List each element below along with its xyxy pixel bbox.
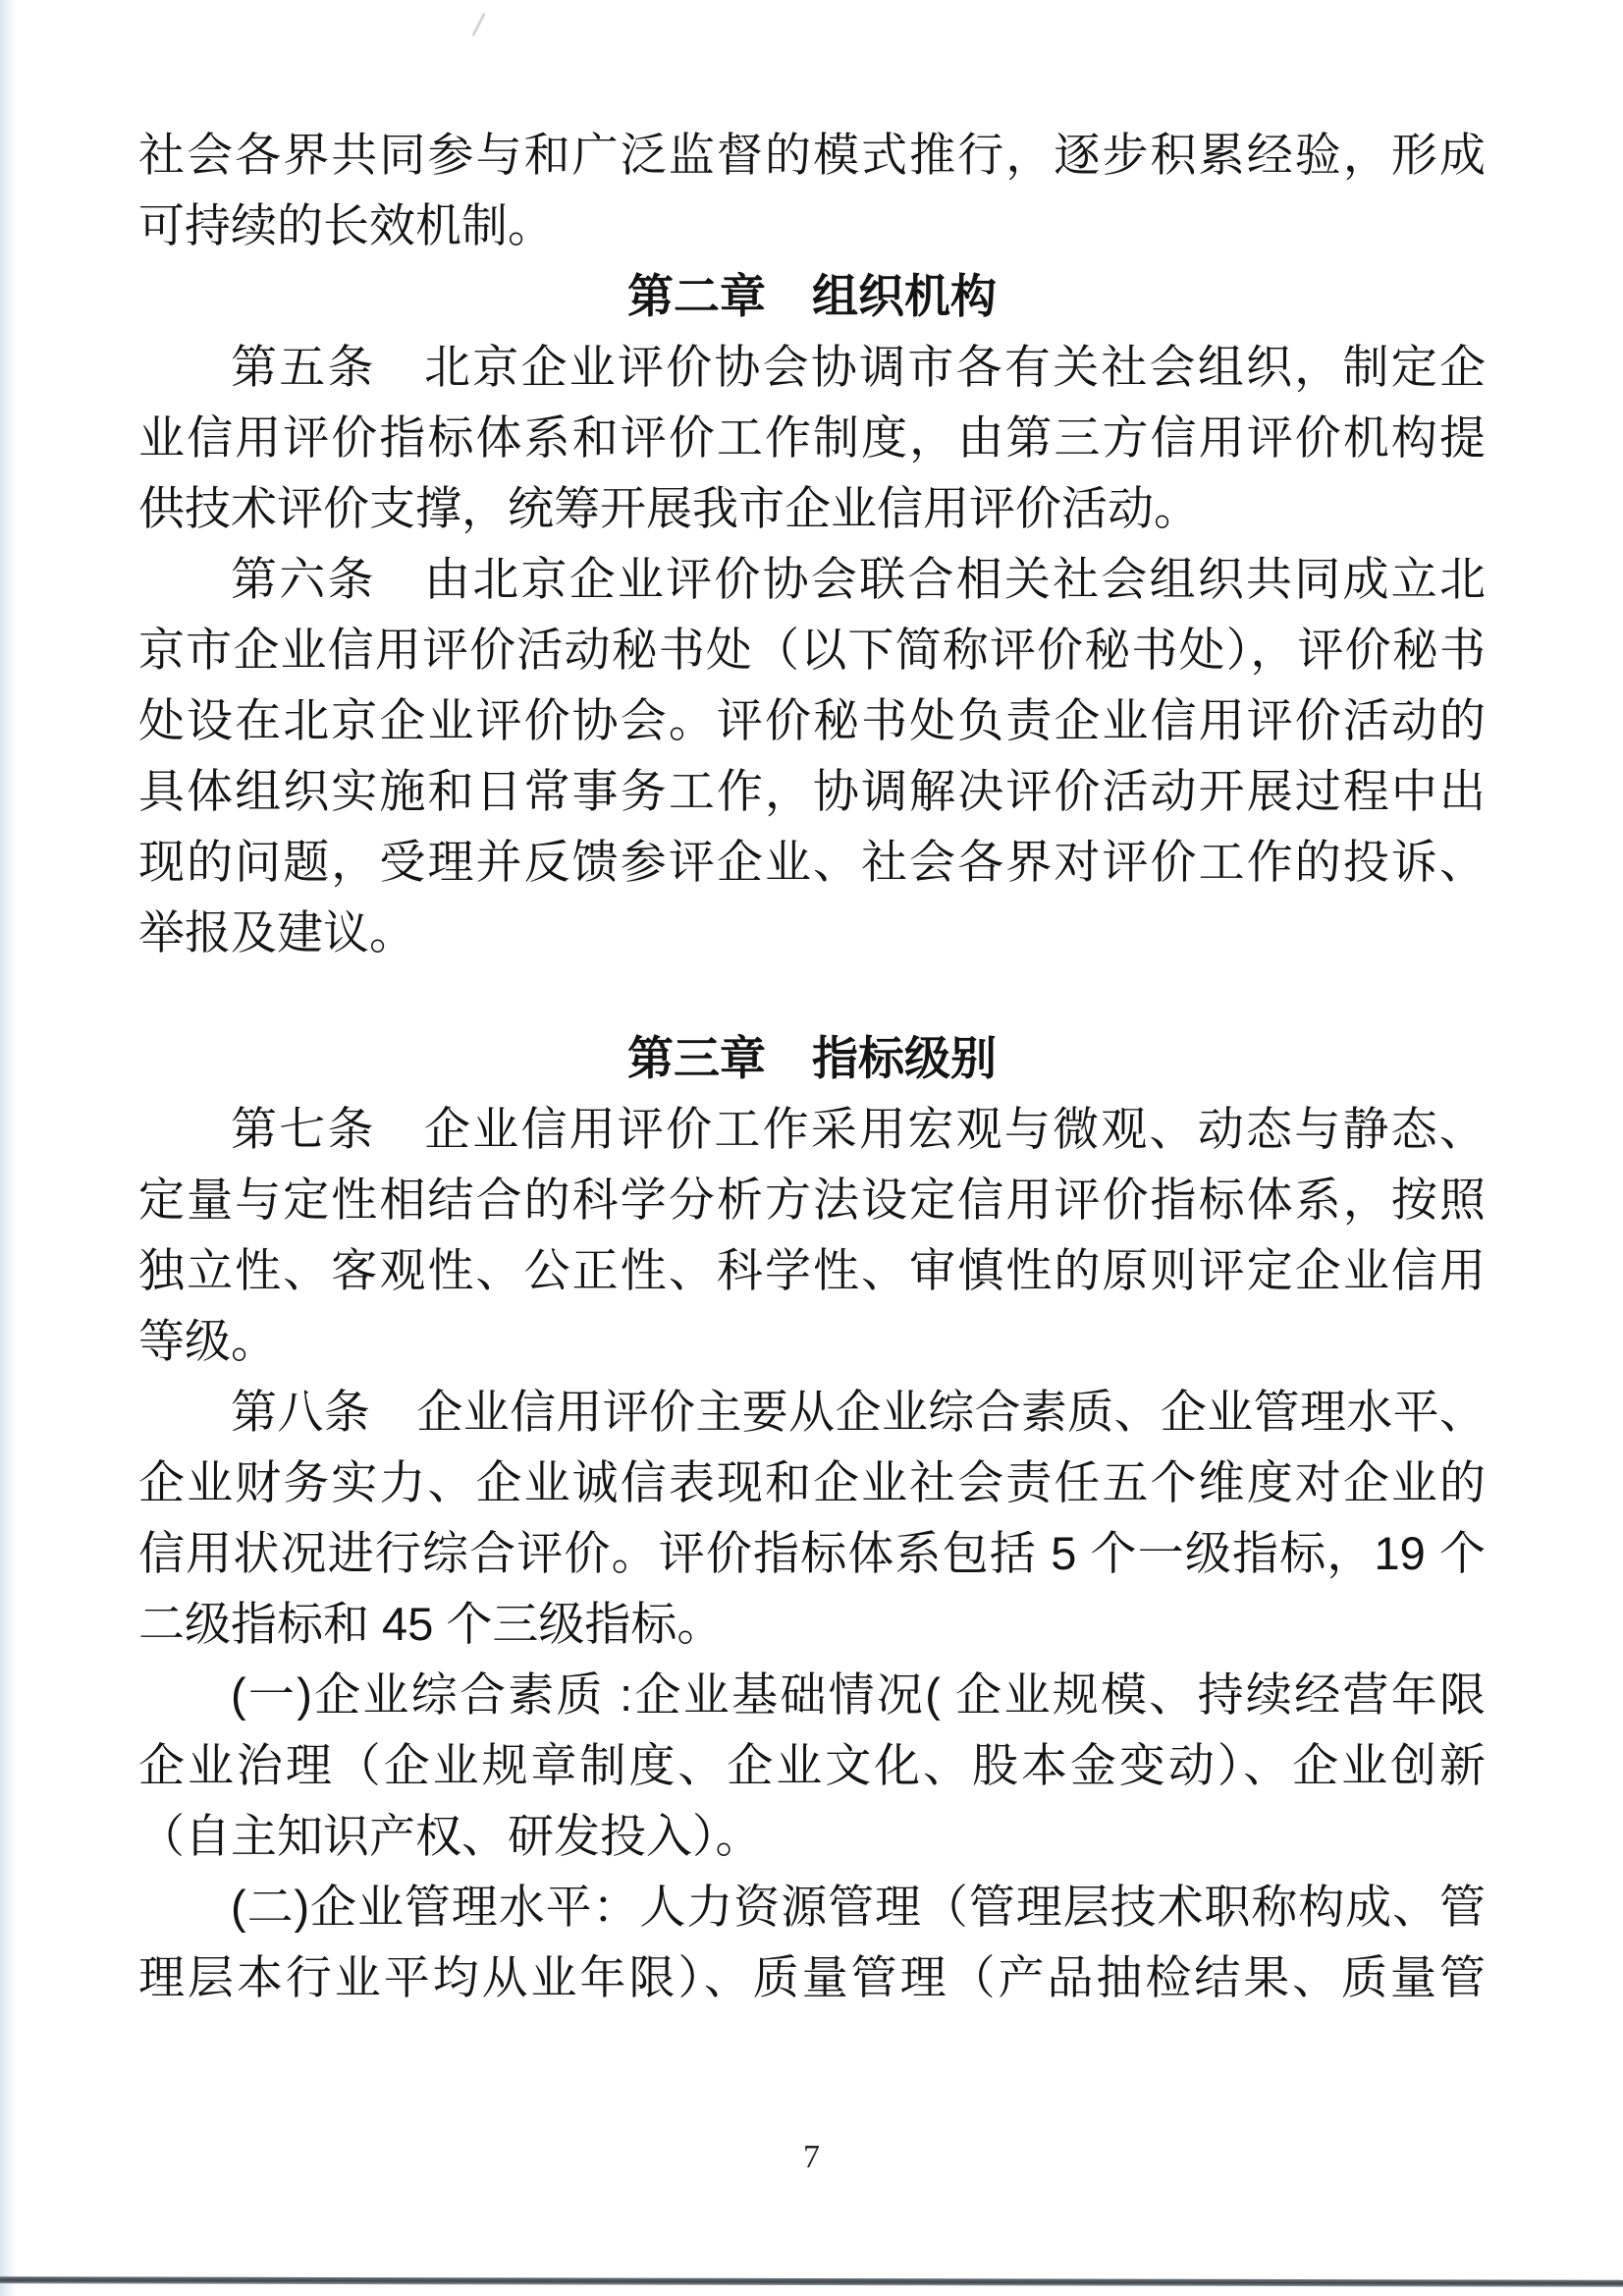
article-7-line: 第七条 企业信用评价工作采用宏观与微观、动态与静态、: [138, 1094, 1486, 1165]
text-line: 企业治理（企业规章制度、企业文化、股本金变动）、企业创新: [138, 1730, 1486, 1801]
text-line: 理层本行业平均从业年限）、质量管理（产品抽检结果、质量管: [138, 1942, 1486, 2013]
page-number: 7: [0, 2139, 1623, 2176]
scan-bottom-edge: [0, 2276, 1623, 2287]
text-line: 具体组织实施和日常事务工作，协调解决评价活动开展过程中出: [138, 756, 1486, 827]
article-6-line: 第六条 由北京企业评价协会联合相关社会组织共同成立北: [138, 544, 1486, 615]
text-line: （自主知识产权、研发投入）。: [138, 1801, 1486, 1872]
document-page: 社会各界共同参与和广泛监督的模式推行，逐步积累经验，形成 可持续的长效机制。 第…: [0, 0, 1623, 2296]
chapter-2-heading: 第二章 组织机构: [138, 261, 1486, 332]
text-line: 现的问题，受理并反馈参评企业、社会各界对评价工作的投诉、: [138, 827, 1486, 898]
article-5-line: 第五条 北京企业评价协会协调市各有关社会组织，制定企: [138, 332, 1486, 403]
item-1-line: (一)企业综合素质 :企业基础情况( 企业规模、持续经营年限 )、: [138, 1660, 1486, 1730]
text-line: 举报及建议。: [138, 898, 1486, 968]
text-line: 独立性、客观性、公正性、科学性、审慎性的原则评定企业信用: [138, 1235, 1486, 1306]
text-line: 二级指标和 45 个三级指标。: [138, 1589, 1486, 1660]
text-line: 等级。: [138, 1306, 1486, 1377]
text-line: 供技术评价支撑，统筹开展我市企业信用评价活动。: [138, 473, 1486, 544]
text-line: 定量与定性相结合的科学分析方法设定信用评价指标体系，按照: [138, 1165, 1486, 1235]
scan-edge-artifact: [0, 0, 16, 2296]
document-body: 社会各界共同参与和广泛监督的模式推行，逐步积累经验，形成 可持续的长效机制。 第…: [138, 120, 1486, 2013]
chapter-3-heading: 第三章 指标级别: [138, 1023, 1486, 1094]
scan-slash-artifact: [471, 13, 485, 37]
item-2-line: (二)企业管理水平：人力资源管理（管理层技术职称构成、管: [138, 1872, 1486, 1942]
text-line: 业信用评价指标体系和评价工作制度，由第三方信用评价机构提: [138, 403, 1486, 473]
article-8-line: 第八条 企业信用评价主要从企业综合素质、企业管理水平、: [138, 1377, 1486, 1448]
text-line: 社会各界共同参与和广泛监督的模式推行，逐步积累经验，形成: [138, 120, 1486, 191]
text-line: 企业财务实力、企业诚信表现和企业社会责任五个维度对企业的: [138, 1448, 1486, 1518]
text-line: 可持续的长效机制。: [138, 191, 1486, 261]
text-line: 信用状况进行综合评价。评价指标体系包括 5 个一级指标，19 个: [138, 1518, 1486, 1589]
text-line: 处设在北京企业评价协会。评价秘书处负责企业信用评价活动的: [138, 685, 1486, 756]
text-line: 京市企业信用评价活动秘书处（以下简称评价秘书处），评价秘书: [138, 615, 1486, 685]
